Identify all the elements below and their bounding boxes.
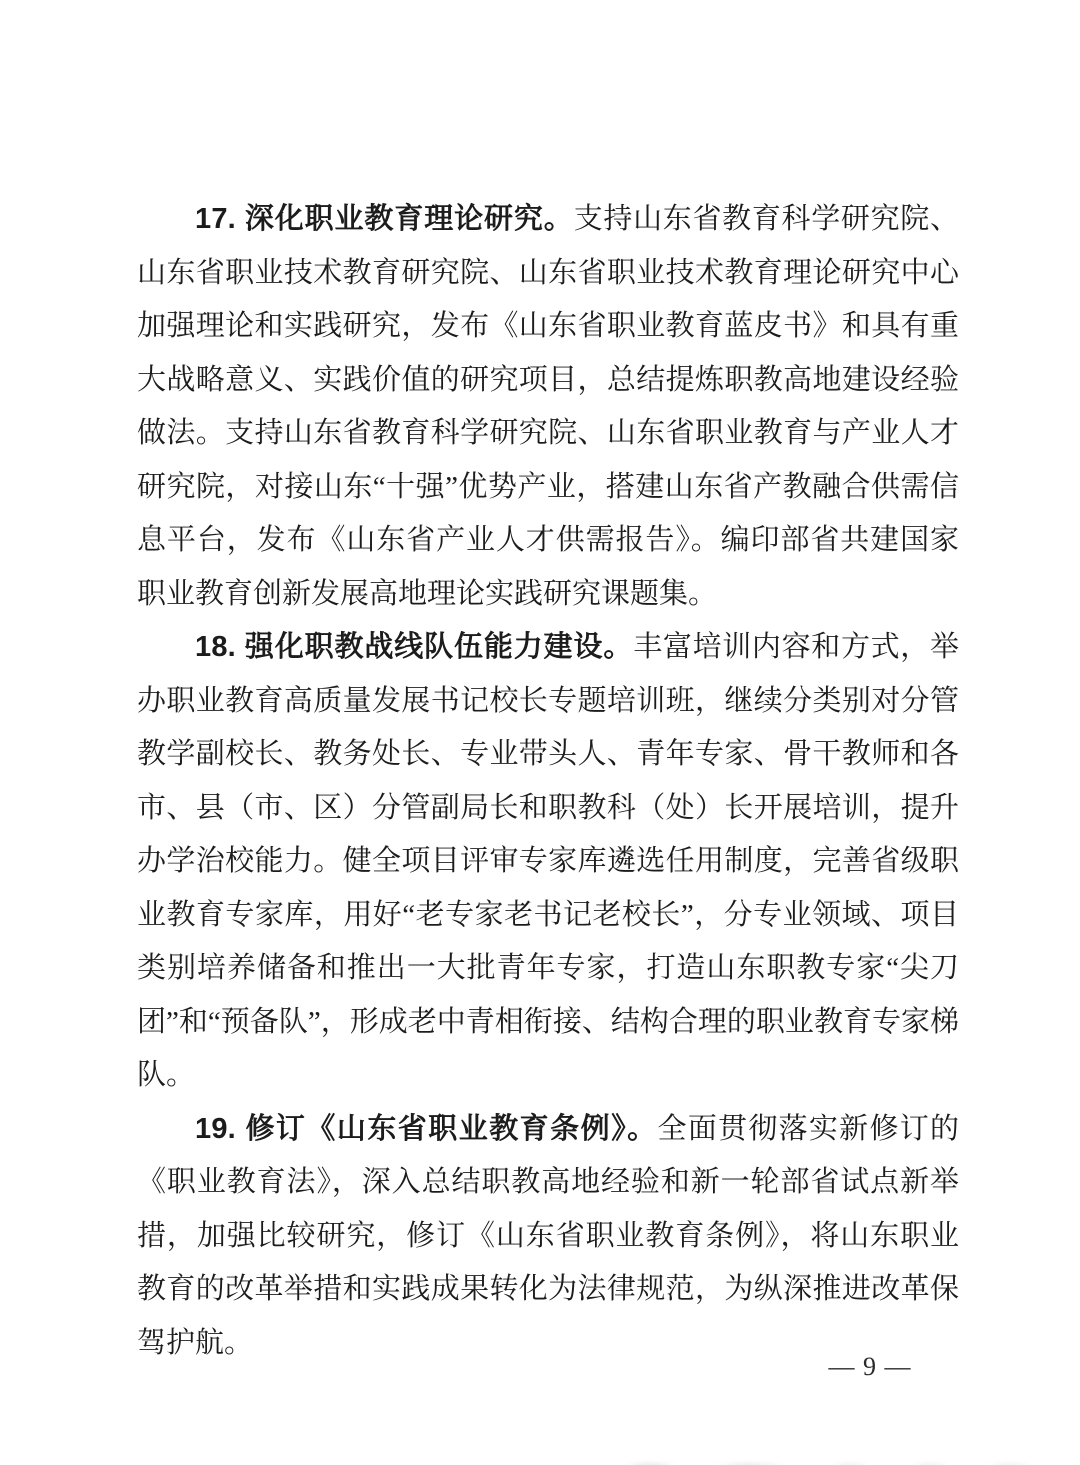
document-page: 17. 深化职业教育理论研究。支持山东省教育科学研究院、山东省职业技术教育研究院…	[0, 0, 1080, 1465]
paragraph-18-body: 丰富培训内容和方式，举办职业教育高质量发展书记校长专题培训班，继续分类别对分管教…	[137, 631, 959, 1091]
paragraph-19-heading: 19. 修订《山东省职业教育条例》。	[195, 1113, 658, 1145]
scan-artifact	[610, 1459, 1040, 1465]
paragraph-17-body: 支持山东省教育科学研究院、山东省职业技术教育研究院、山东省职业技术教育理论研究中…	[137, 203, 959, 610]
paragraph-17: 17. 深化职业教育理论研究。支持山东省教育科学研究院、山东省职业技术教育研究院…	[137, 193, 959, 621]
paragraph-17-heading: 17. 深化职业教育理论研究。	[195, 203, 574, 235]
paragraph-18: 18. 强化职教战线队伍能力建设。丰富培训内容和方式，举办职业教育高质量发展书记…	[137, 621, 959, 1103]
document-text-block: 17. 深化职业教育理论研究。支持山东省教育科学研究院、山东省职业技术教育研究院…	[137, 193, 959, 1370]
paragraph-19-body: 全面贯彻落实新修订的《职业教育法》，深入总结职教高地经验和新一轮部省试点新举措，…	[137, 1113, 959, 1359]
paragraph-18-heading: 18. 强化职教战线队伍能力建设。	[195, 631, 633, 663]
page-number: — 9 —	[815, 1352, 925, 1382]
paragraph-19: 19. 修订《山东省职业教育条例》。全面贯彻落实新修订的《职业教育法》，深入总结…	[137, 1103, 959, 1371]
